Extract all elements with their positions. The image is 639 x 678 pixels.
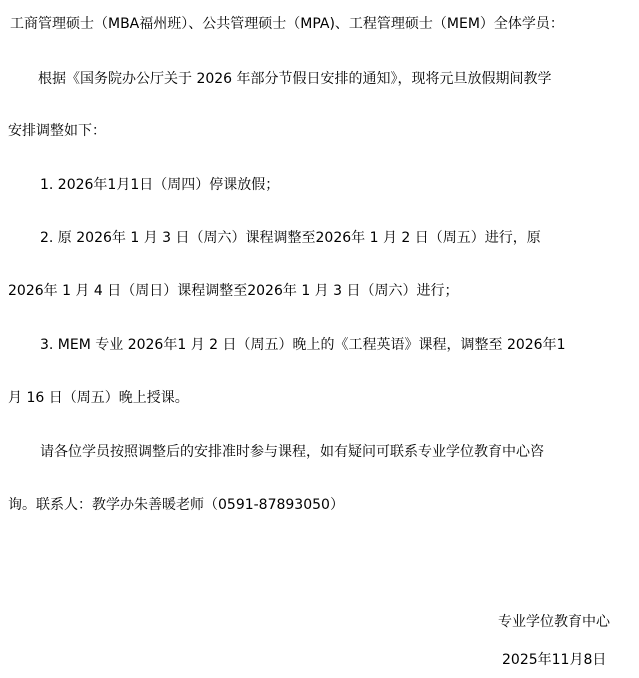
item-2-line-1: 2. 原 2026年 1 月 3 日（周六）课程调整至2026年 1 月 2 日… <box>40 228 541 248</box>
closing-line-1: 请各位学员按照调整后的安排准时参与课程，如有疑问可联系专业学位教育中心咨 <box>40 442 544 462</box>
item-3-line-1: 3. MEM 专业 2026年1 月 2 日（周五）晚上的《工程英语》课程，调整… <box>40 335 566 355</box>
signature-org: 专业学位教育中心 <box>498 612 610 632</box>
item-2-line-2: 2026年 1 月 4 日（周日）课程调整至2026年 1 月 3 日（周六）进… <box>8 281 459 301</box>
salutation: 工商管理硕士（MBA福州班）、公共管理硕士（MPA)、工程管理硕士（MEM）全体… <box>10 14 564 34</box>
signature-date: 2025年11月8日 <box>502 650 606 670</box>
intro-line-2: 安排调整如下： <box>8 121 106 141</box>
intro-line-1: 根据《国务院办公厅关于 2026 年部分节假日安排的通知》，现将元旦放假期间教学 <box>38 69 552 89</box>
item-3-line-2: 月 16 日（周五）晚上授课。 <box>8 388 189 408</box>
closing-line-2: 询。联系人：教学办朱善暖老师（0591-87893050） <box>8 495 344 515</box>
item-1: 1. 2026年1月1日（周四）停课放假； <box>40 175 279 195</box>
